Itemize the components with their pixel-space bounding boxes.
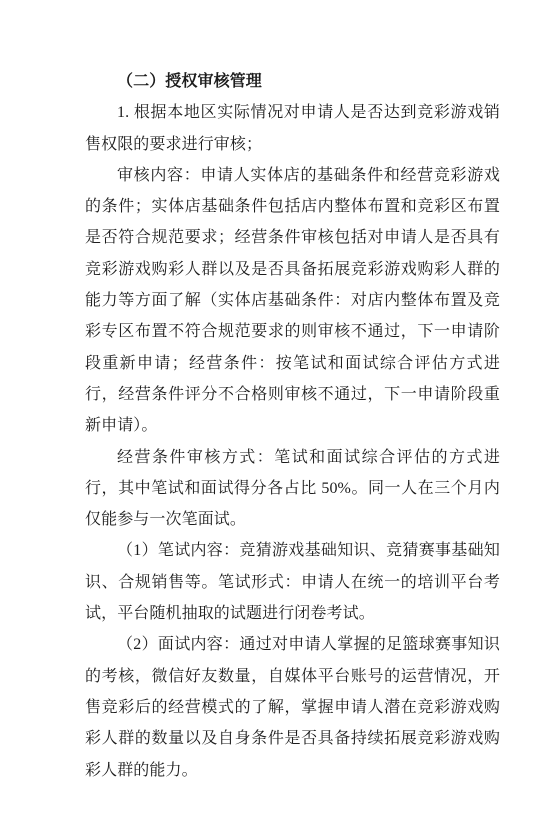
document-content: （二）授权审核管理 1. 根据本地区实际情况对申请人是否达到竞彩游戏销售权限的要… xyxy=(85,66,500,786)
paragraph-review-content: 审核内容：申请人实体店的基础条件和经营竞彩游戏的条件；实体店基础条件包括店内整体… xyxy=(85,160,500,442)
paragraph-written-test: （1）笔试内容：竞猜游戏基础知识、竞猜赛事基础知识、合规销售等。笔试形式：申请人… xyxy=(85,535,500,629)
paragraph-interview: （2）面试内容：通过对申请人掌握的足篮球赛事知识的考核，微信好友数量，自媒体平台… xyxy=(85,629,500,785)
paragraph-review-requirement: 1. 根据本地区实际情况对申请人是否达到竞彩游戏销售权限的要求进行审核； xyxy=(85,97,500,160)
document-page: （二）授权审核管理 1. 根据本地区实际情况对申请人是否达到竞彩游戏销售权限的要… xyxy=(0,0,558,832)
section-heading: （二）授权审核管理 xyxy=(85,66,500,97)
paragraph-review-method: 经营条件审核方式：笔试和面试综合评估的方式进行，其中笔试和面试得分各占比 50%… xyxy=(85,442,500,536)
